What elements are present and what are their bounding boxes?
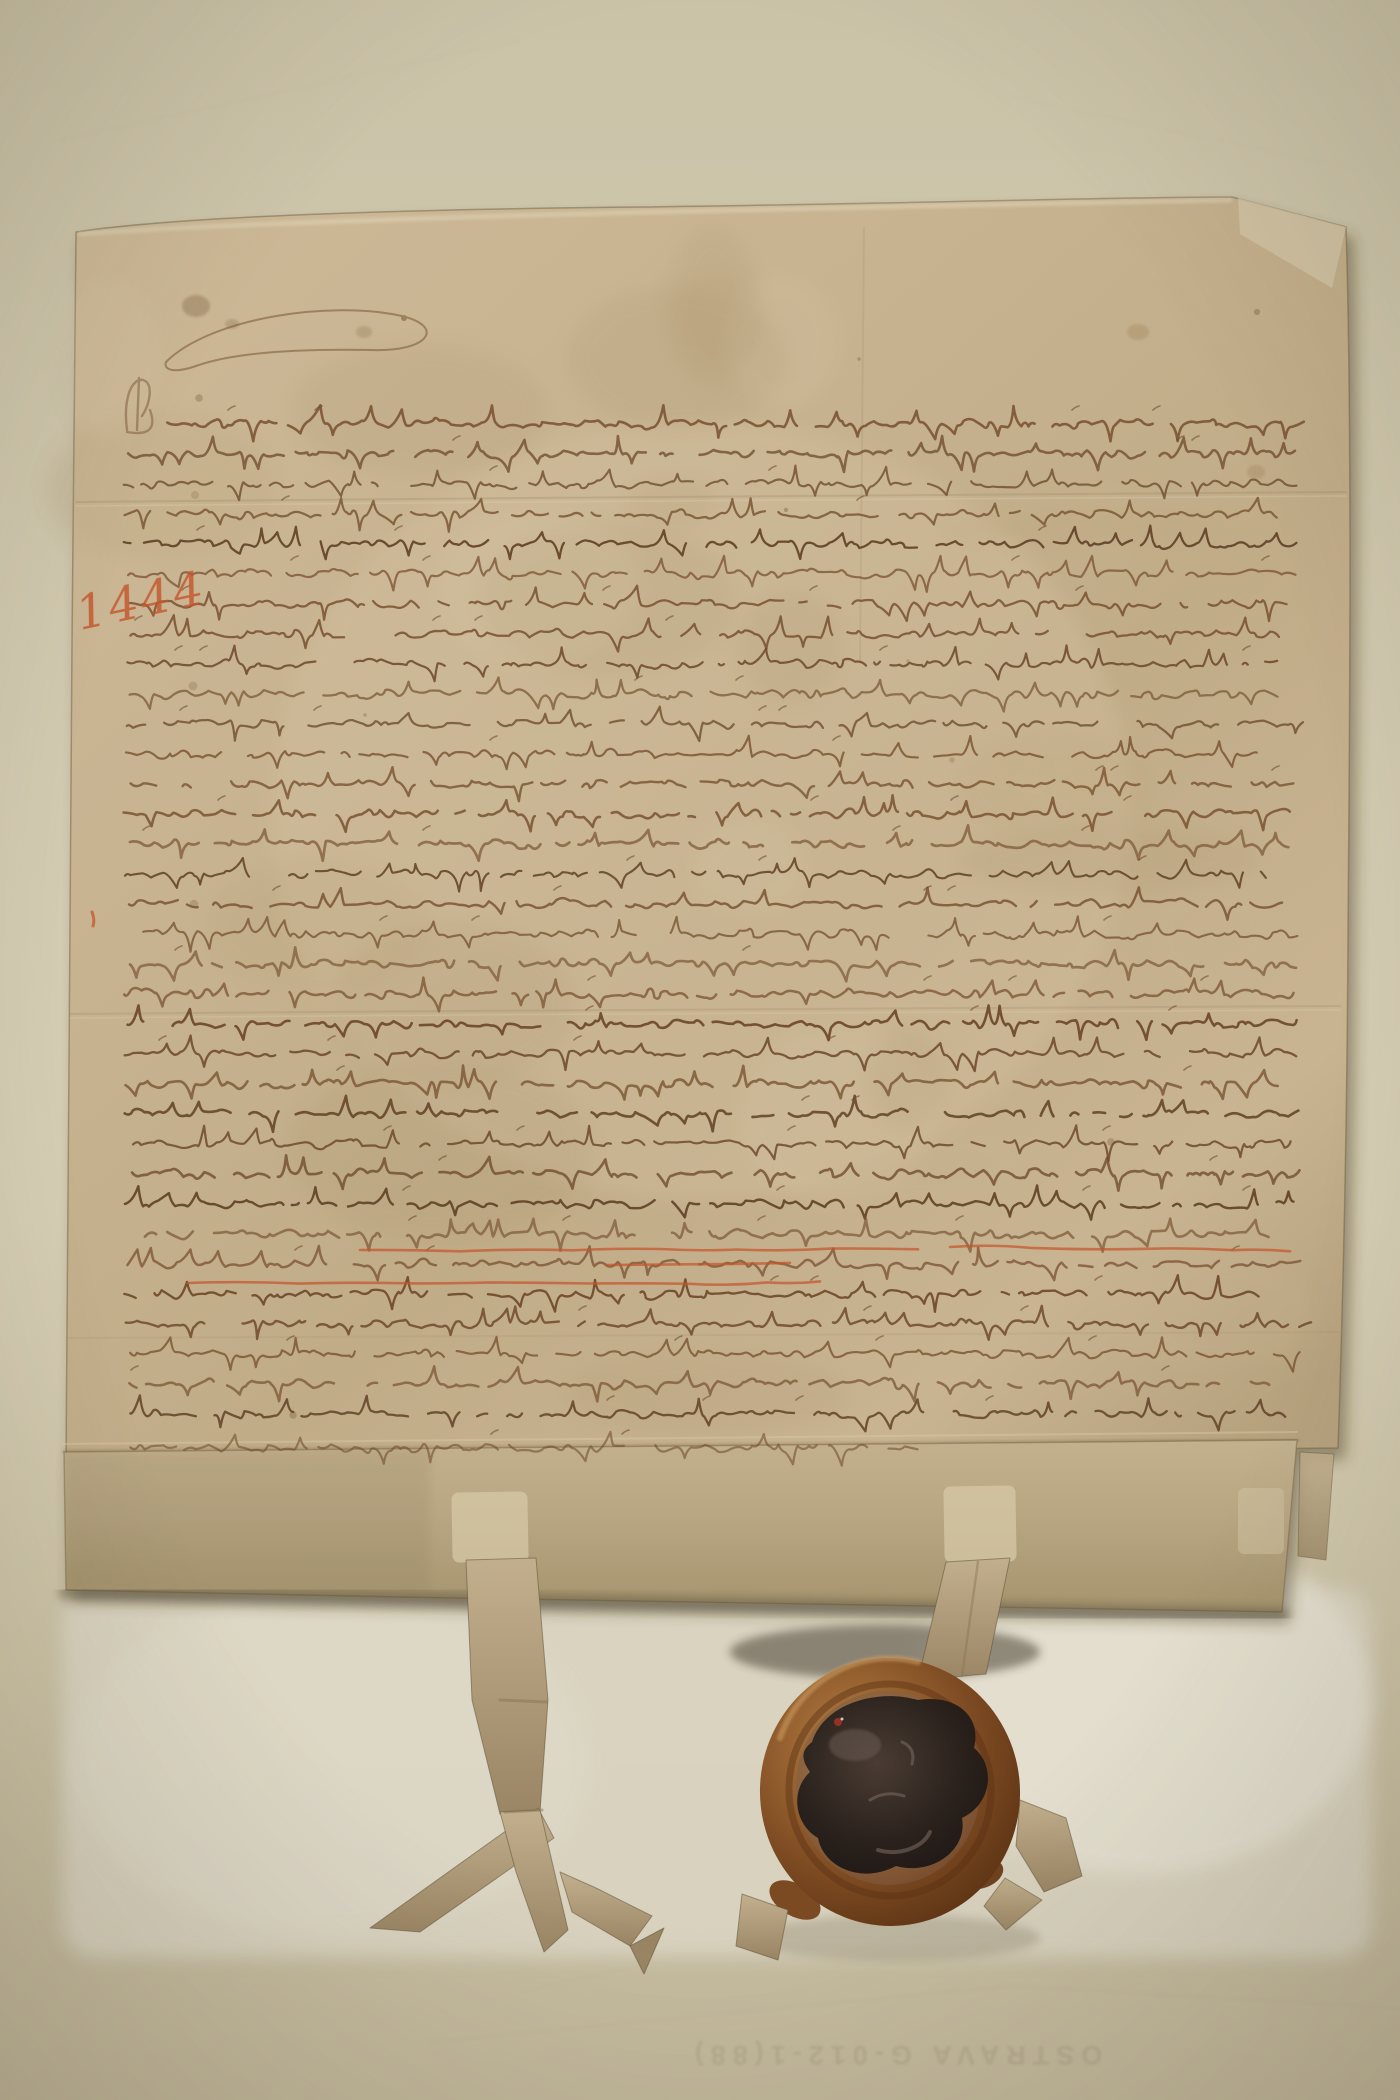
photograph-of-charter: 1444 OSTRAVA G-012-1(: [0, 0, 1400, 2100]
vignette-overlay: [0, 0, 1400, 2100]
charter-photo-scene: 1444 OSTRAVA G-012-1(: [0, 0, 1400, 2100]
